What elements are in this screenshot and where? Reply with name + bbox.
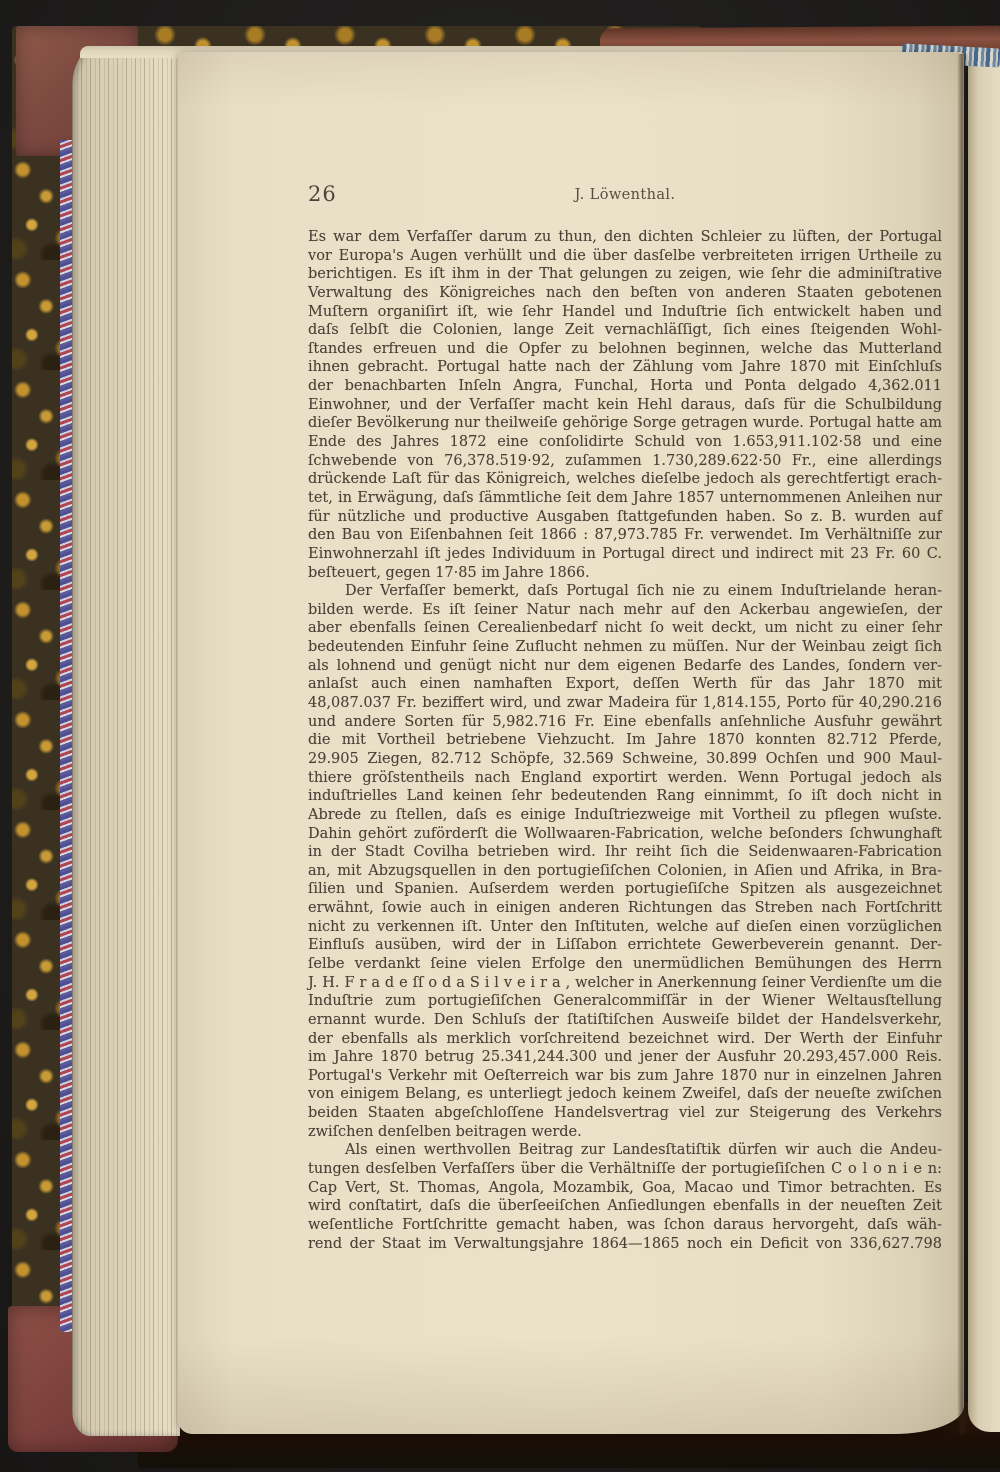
text-line: die mit Vortheil betriebene Viehzucht. I… <box>308 731 942 750</box>
text-line: Dahin gehört zuförderſt die Wollwaaren-F… <box>308 825 942 844</box>
book-page: 26 J. Löwenthal. Es war dem Verfaſſer da… <box>178 52 964 1434</box>
text-line: Als einen werthvollen Beitrag zur Landes… <box>308 1141 942 1160</box>
text-line: berichtigen. Es iſt ihm in der That gelu… <box>308 265 942 284</box>
text-line: induſtrielles Land keinen ſehr bedeutend… <box>308 787 942 806</box>
text-line: ſelbe verdankt ſeine vielen Erfolge den … <box>308 955 942 974</box>
text-line: rend der Staat im Verwaltungsjahre 1864—… <box>308 1235 942 1254</box>
marbled-cover-left-edge <box>12 40 62 1322</box>
gutter-shadow <box>957 54 968 1434</box>
text-line: beiden Staaten abgeſchloſſene Handelsver… <box>308 1104 942 1123</box>
text-line: dieſer Bevölkerung nur theilweiſe gehöri… <box>308 414 942 433</box>
text-line: im Jahre 1870 betrug 25.341,244.300 und … <box>308 1048 942 1067</box>
text-line: bilden werde. Es iſt ſeiner Natur nach m… <box>308 601 942 620</box>
text-line: Cap Vert, St. Thomas, Angola, Mozambik, … <box>308 1179 942 1198</box>
text-line: und andere Sorten für 5,982.716 Fr. Eine… <box>308 713 942 732</box>
text-line: weſentliche Fortſchritte gemacht haben, … <box>308 1216 942 1235</box>
text-line: an, mit Abzugsquellen in den portugieſiſ… <box>308 862 942 881</box>
text-line: Abrede zu ſtellen, daſs es einige Induſt… <box>308 806 942 825</box>
text-line: ſtandes erfreuen und die Opfer zu belohn… <box>308 340 942 359</box>
page-edge-stack-left <box>72 46 180 1436</box>
text-line: 48,087.037 Fr. beziffert wird, und zwar … <box>308 694 942 713</box>
text-line: bedeutenden Einfuhr ſeine Zuflucht nehme… <box>308 638 942 657</box>
text-line: vor Europa's Augen verhüllt und die über… <box>308 247 942 266</box>
text-line: Einfluſs ausüben, wird der in Liſſabon e… <box>308 936 942 955</box>
text-line: 29.905 Ziegen, 82.712 Schöpfe, 32.569 Sc… <box>308 750 942 769</box>
text-line: nicht zu verkennen iſt. Unter den Inſtit… <box>308 918 942 937</box>
text-line: für nützliche und productive Ausgaben ſt… <box>308 508 942 527</box>
text-line: daſs ſelbſt die Colonien, lange Zeit ver… <box>308 321 942 340</box>
text-line: beſteuert, gegen 17·85 im Jahre 1866. <box>308 564 942 583</box>
text-line: ernannt wurde. Den Schluſs der ſtatiſtiſ… <box>308 1011 942 1030</box>
text-line: wird conſtatirt, daſs die überſeeiſchen … <box>308 1197 942 1216</box>
facing-page-sliver <box>968 58 1000 1432</box>
text-line: anlaſst auch einen namhaften Export, deſ… <box>308 675 942 694</box>
text-line: von einigem Belang, es unterliegt jedoch… <box>308 1085 942 1104</box>
text-line: tungen desſelben Verfaſſers über die Ver… <box>308 1160 942 1179</box>
text-line: den Bau von Eiſenbahnen ſeit 1866 : 87,9… <box>308 526 942 545</box>
text-line: Portugal's Verkehr mit Oeſterreich war b… <box>308 1067 942 1086</box>
text-line: Ende des Jahres 1872 eine conſolidirte S… <box>308 433 942 452</box>
page-header-row: 26 J. Löwenthal. <box>308 180 942 208</box>
text-line: ſilien und Spanien. Auſserdem werden por… <box>308 880 942 899</box>
text-block: Es war dem Verfaſſer darum zu thun, den … <box>308 228 942 1253</box>
text-line: thiere gröſstentheils nach England expor… <box>308 769 942 788</box>
scan-background: 26 J. Löwenthal. Es war dem Verfaſſer da… <box>0 0 1000 1472</box>
text-line: Induſtrie zum portugieſiſchen Generalcom… <box>308 992 942 1011</box>
text-line: aber ebenfalls ſeinen Cerealienbedarf ni… <box>308 619 942 638</box>
text-line: der benachbarten Inſeln Angra, Funchal, … <box>308 377 942 396</box>
text-line: Verwaltung des Königreiches nach den beſ… <box>308 284 942 303</box>
text-line: tet, in Erwägung, daſs ſämmtliche ſeit d… <box>308 489 942 508</box>
text-line: als lohnend und genügt nicht nur dem eig… <box>308 657 942 676</box>
text-line: erwähnt, ſowie auch in einigen anderen R… <box>308 899 942 918</box>
text-line: Muſtern organiſirt iſt, wie ſehr Handel … <box>308 303 942 322</box>
text-line: Einwohnerzahl iſt jedes Individuum in Po… <box>308 545 942 564</box>
text-line: ihnen gebracht. Portugal hatte nach der … <box>308 358 942 377</box>
text-line: drückende Laſt für das Königreich, welch… <box>308 470 942 489</box>
text-line: Es war dem Verfaſſer darum zu thun, den … <box>308 228 942 247</box>
text-line: Einwohner, und der Verfaſſer macht kein … <box>308 396 942 415</box>
text-line: J. H. F r a d e ſſ o d a S i l v e i r a… <box>308 974 942 993</box>
text-line: ſchwebende von 76,378.519·92, zuſammen 1… <box>308 452 942 471</box>
text-line: der ebenfalls als merklich vorſchreitend… <box>308 1030 942 1049</box>
text-line: Der Verfaſſer bemerkt, daſs Portugal ſic… <box>308 582 942 601</box>
text-line: zwiſchen denſelben beitragen werde. <box>308 1123 942 1142</box>
text-line: in der Stadt Covilha betrieben wird. Ihr… <box>308 843 942 862</box>
running-header: J. Löwenthal. <box>308 187 942 203</box>
